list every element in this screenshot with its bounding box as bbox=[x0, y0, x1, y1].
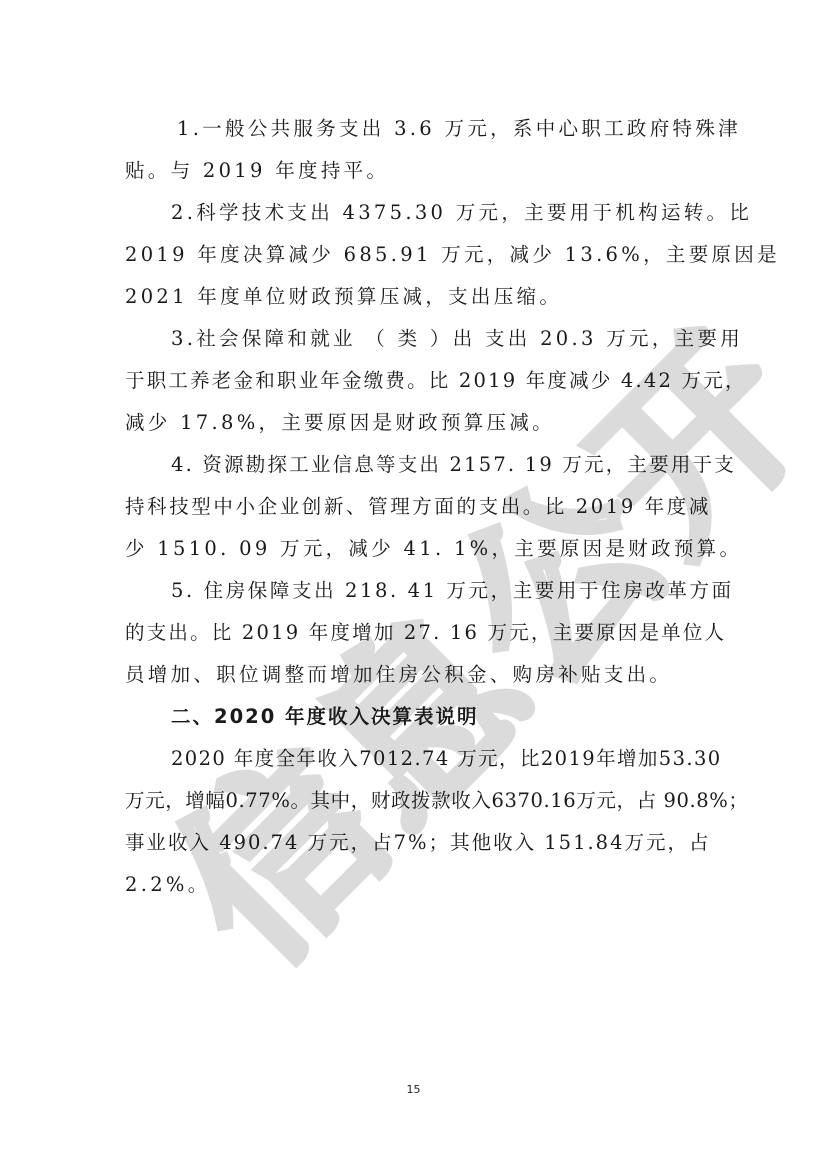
text-line: 事业收入 490.74 万元，占7%；其他收入 151.84万元，占 bbox=[125, 822, 705, 864]
text-line: 5. 住房保障支出 218. 41 万元，主要用于住房改革方面 bbox=[125, 570, 705, 612]
text-line: 2021 年度单位财政预算压减，支出压缩。 bbox=[125, 276, 705, 318]
paragraph-item-4: 4. 资源勘探工业信息等支出 2157. 19 万元，主要用于支 持科技型中小企… bbox=[125, 444, 705, 570]
text-line: 贴。与 2019 年度持平。 bbox=[125, 150, 705, 192]
paragraph-item-1: 1.一般公共服务支出 3.6 万元，系中心职工政府特殊津 贴。与 2019 年度… bbox=[125, 108, 705, 192]
text-line: 4. 资源勘探工业信息等支出 2157. 19 万元，主要用于支 bbox=[125, 444, 705, 486]
text-line: 持科技型中小企业创新、管理方面的支出。比 2019 年度减 bbox=[125, 486, 705, 528]
section-heading: 二、2020 年度收入决算表说明 bbox=[125, 696, 705, 738]
document-page: 信息公开 1.一般公共服务支出 3.6 万元，系中心职工政府特殊津 贴。与 20… bbox=[0, 0, 827, 1169]
text-line: 的支出。比 2019 年度增加 27. 16 万元，主要原因是单位人 bbox=[125, 612, 705, 654]
text-line: 2.2%。 bbox=[125, 864, 705, 906]
paragraph-item-5: 5. 住房保障支出 218. 41 万元，主要用于住房改革方面 的支出。比 20… bbox=[125, 570, 705, 696]
text-line: 于职工养老金和职业年金缴费。比 2019 年度减少 4.42 万元， bbox=[125, 360, 705, 402]
text-line: 2.科学技术支出 4375.30 万元，主要用于机构运转。比 bbox=[125, 192, 705, 234]
document-body: 1.一般公共服务支出 3.6 万元，系中心职工政府特殊津 贴。与 2019 年度… bbox=[125, 108, 705, 906]
section-income: 二、2020 年度收入决算表说明 2020 年度全年收入7012.74 万元，比… bbox=[125, 696, 705, 906]
page-number: 15 bbox=[0, 1083, 827, 1096]
paragraph-item-3: 3.社会保障和就业 （ 类 ）出 支出 20.3 万元，主要用 于职工养老金和职… bbox=[125, 318, 705, 444]
text-line: 3.社会保障和就业 （ 类 ）出 支出 20.3 万元，主要用 bbox=[125, 318, 705, 360]
text-line: 2020 年度全年收入7012.74 万元，比2019年增加53.30 bbox=[125, 738, 705, 780]
paragraph-item-2: 2.科学技术支出 4375.30 万元，主要用于机构运转。比 2019 年度决算… bbox=[125, 192, 705, 318]
text-line: 少 1510. 09 万元，减少 41. 1%，主要原因是财政预算。 bbox=[125, 528, 705, 570]
text-line: 减少 17.8%，主要原因是财政预算压减。 bbox=[125, 402, 705, 444]
text-line: 员增加、职位调整而增加住房公积金、购房补贴支出。 bbox=[125, 654, 705, 696]
text-line: 1.一般公共服务支出 3.6 万元，系中心职工政府特殊津 bbox=[125, 108, 705, 150]
text-line: 2019 年度决算减少 685.91 万元，减少 13.6%，主要原因是 bbox=[125, 234, 705, 276]
text-line: 万元，增幅0.77%。其中，财政拨款收入6370.16万元，占 90.8%； bbox=[125, 780, 705, 822]
